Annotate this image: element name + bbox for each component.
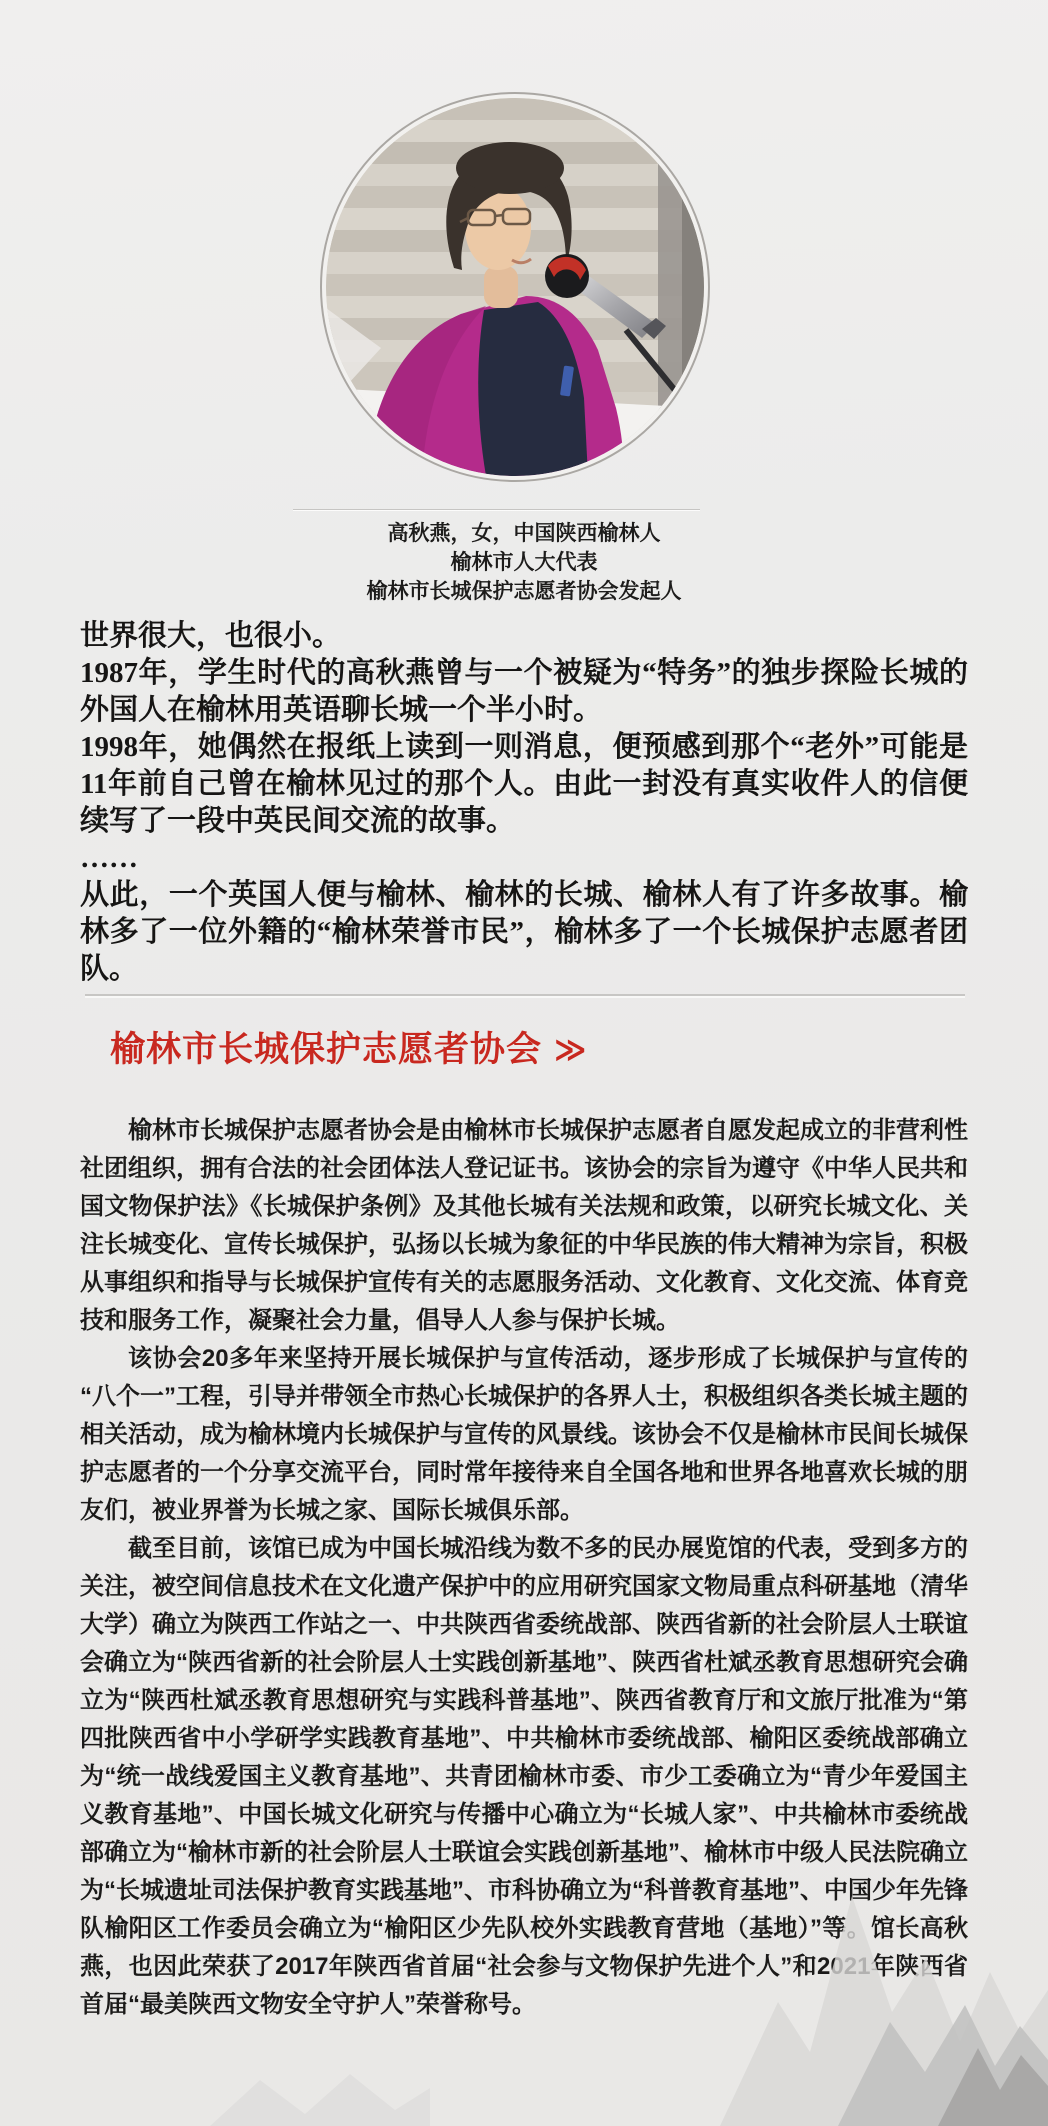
article-page: 高秋燕，女，中国陕西榆林人 榆林市人大代表 榆林市长城保护志愿者协会发起人 世界… [0, 0, 1048, 2126]
mic-stand-lower [678, 394, 704, 438]
section-heading: 榆林市长城保护志愿者协会≫ [110, 1028, 586, 1072]
association-description: 榆林市长城保护志愿者协会是由榆林市长城保护志愿者自愿发起成立的非营利性社团组织，… [80, 1112, 968, 2024]
photo-underline [293, 509, 700, 510]
hair-top [456, 142, 564, 194]
section-paragraph: 榆林市长城保护志愿者协会是由榆林市长城保护志愿者自愿发起成立的非营利性社团组织，… [80, 1112, 968, 1340]
intro-ellipsis: …… [80, 840, 968, 877]
intro-paragraph: 从此，一个英国人便与榆林、榆林的长城、榆林人有了许多故事。榆林多了一位外籍的“榆… [80, 877, 968, 988]
section-heading-text: 榆林市长城保护志愿者协会 [110, 1030, 542, 1069]
profile-photo [320, 92, 710, 482]
caption-line-role: 榆林市长城保护志愿者协会发起人 [0, 577, 1048, 606]
intro-paragraph: 世界很大，也很小。 [80, 618, 968, 655]
caption-line-title: 榆林市人大代表 [0, 548, 1048, 577]
section-paragraph: 该协会20多年来坚持开展长城保护与宣传活动，逐步形成了长城保护与宣传的“八个一”… [80, 1340, 968, 1530]
section-divider [85, 994, 965, 998]
section-paragraph: 截至目前，该馆已成为中国长城沿线为数不多的民办展览馆的代表，受到多方的关注，被空… [80, 1530, 968, 2024]
intro-paragraph: 1987年，学生时代的高秋燕曾与一个被疑为“特务”的独步探险长城的外国人在榆林用… [80, 655, 968, 729]
neck [484, 266, 518, 308]
double-chevron-icon: ≫ [554, 1032, 586, 1067]
photo-caption: 高秋燕，女，中国陕西榆林人 榆林市人大代表 榆林市长城保护志愿者协会发起人 [0, 519, 1048, 606]
mountain-watermark-small-icon [210, 2066, 430, 2126]
portrait-illustration [326, 98, 704, 476]
caption-line-name: 高秋燕，女，中国陕西榆林人 [0, 519, 1048, 548]
photo-pillar-shadow [682, 98, 704, 476]
intro-paragraph: 1998年，她偶然在报纸上读到一则消息，便预感到那个“老外”可能是11年前自己曾… [80, 729, 968, 840]
intro-story: 世界很大，也很小。 1987年，学生时代的高秋燕曾与一个被疑为“特务”的独步探险… [80, 618, 968, 988]
